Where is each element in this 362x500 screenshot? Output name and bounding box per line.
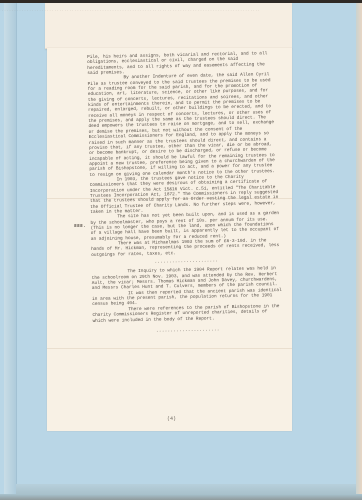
backing-board-bottom-band — [16, 484, 356, 494]
paragraph-incorporation-1903: In 1903, the trustees gave notice to the… — [90, 174, 281, 215]
section-divider: ...................... — [93, 326, 283, 335]
paragraph-site-garden: The site has not yet been built upon, an… — [90, 211, 281, 242]
document-body: Pile, his heirs and assigns, both vicari… — [87, 51, 283, 339]
section-divider: ...................... — [91, 257, 281, 266]
backing-board-right-edge — [356, 3, 362, 494]
margin-annotation-mark: 888. — [74, 224, 86, 229]
paragraph-michaelmas-funds: There was at Michaelmas 1903 the sum of … — [91, 238, 281, 258]
backing-board-binding-strip — [4, 3, 17, 494]
scanner-bottom-edge — [0, 494, 362, 500]
typewritten-sheet: 888. Pile, his heirs and assigns, both v… — [47, 48, 292, 431]
flap-show-through-text: ........................................… — [75, 9, 260, 14]
folded-top-flap: ........................................… — [45, 3, 292, 49]
paragraph-reading-room-indenture: By another Indenture of even date, the s… — [87, 72, 279, 177]
page-number: (4) — [167, 416, 176, 422]
paper-crease — [47, 348, 292, 349]
scanned-document-page: ........................................… — [0, 0, 362, 500]
